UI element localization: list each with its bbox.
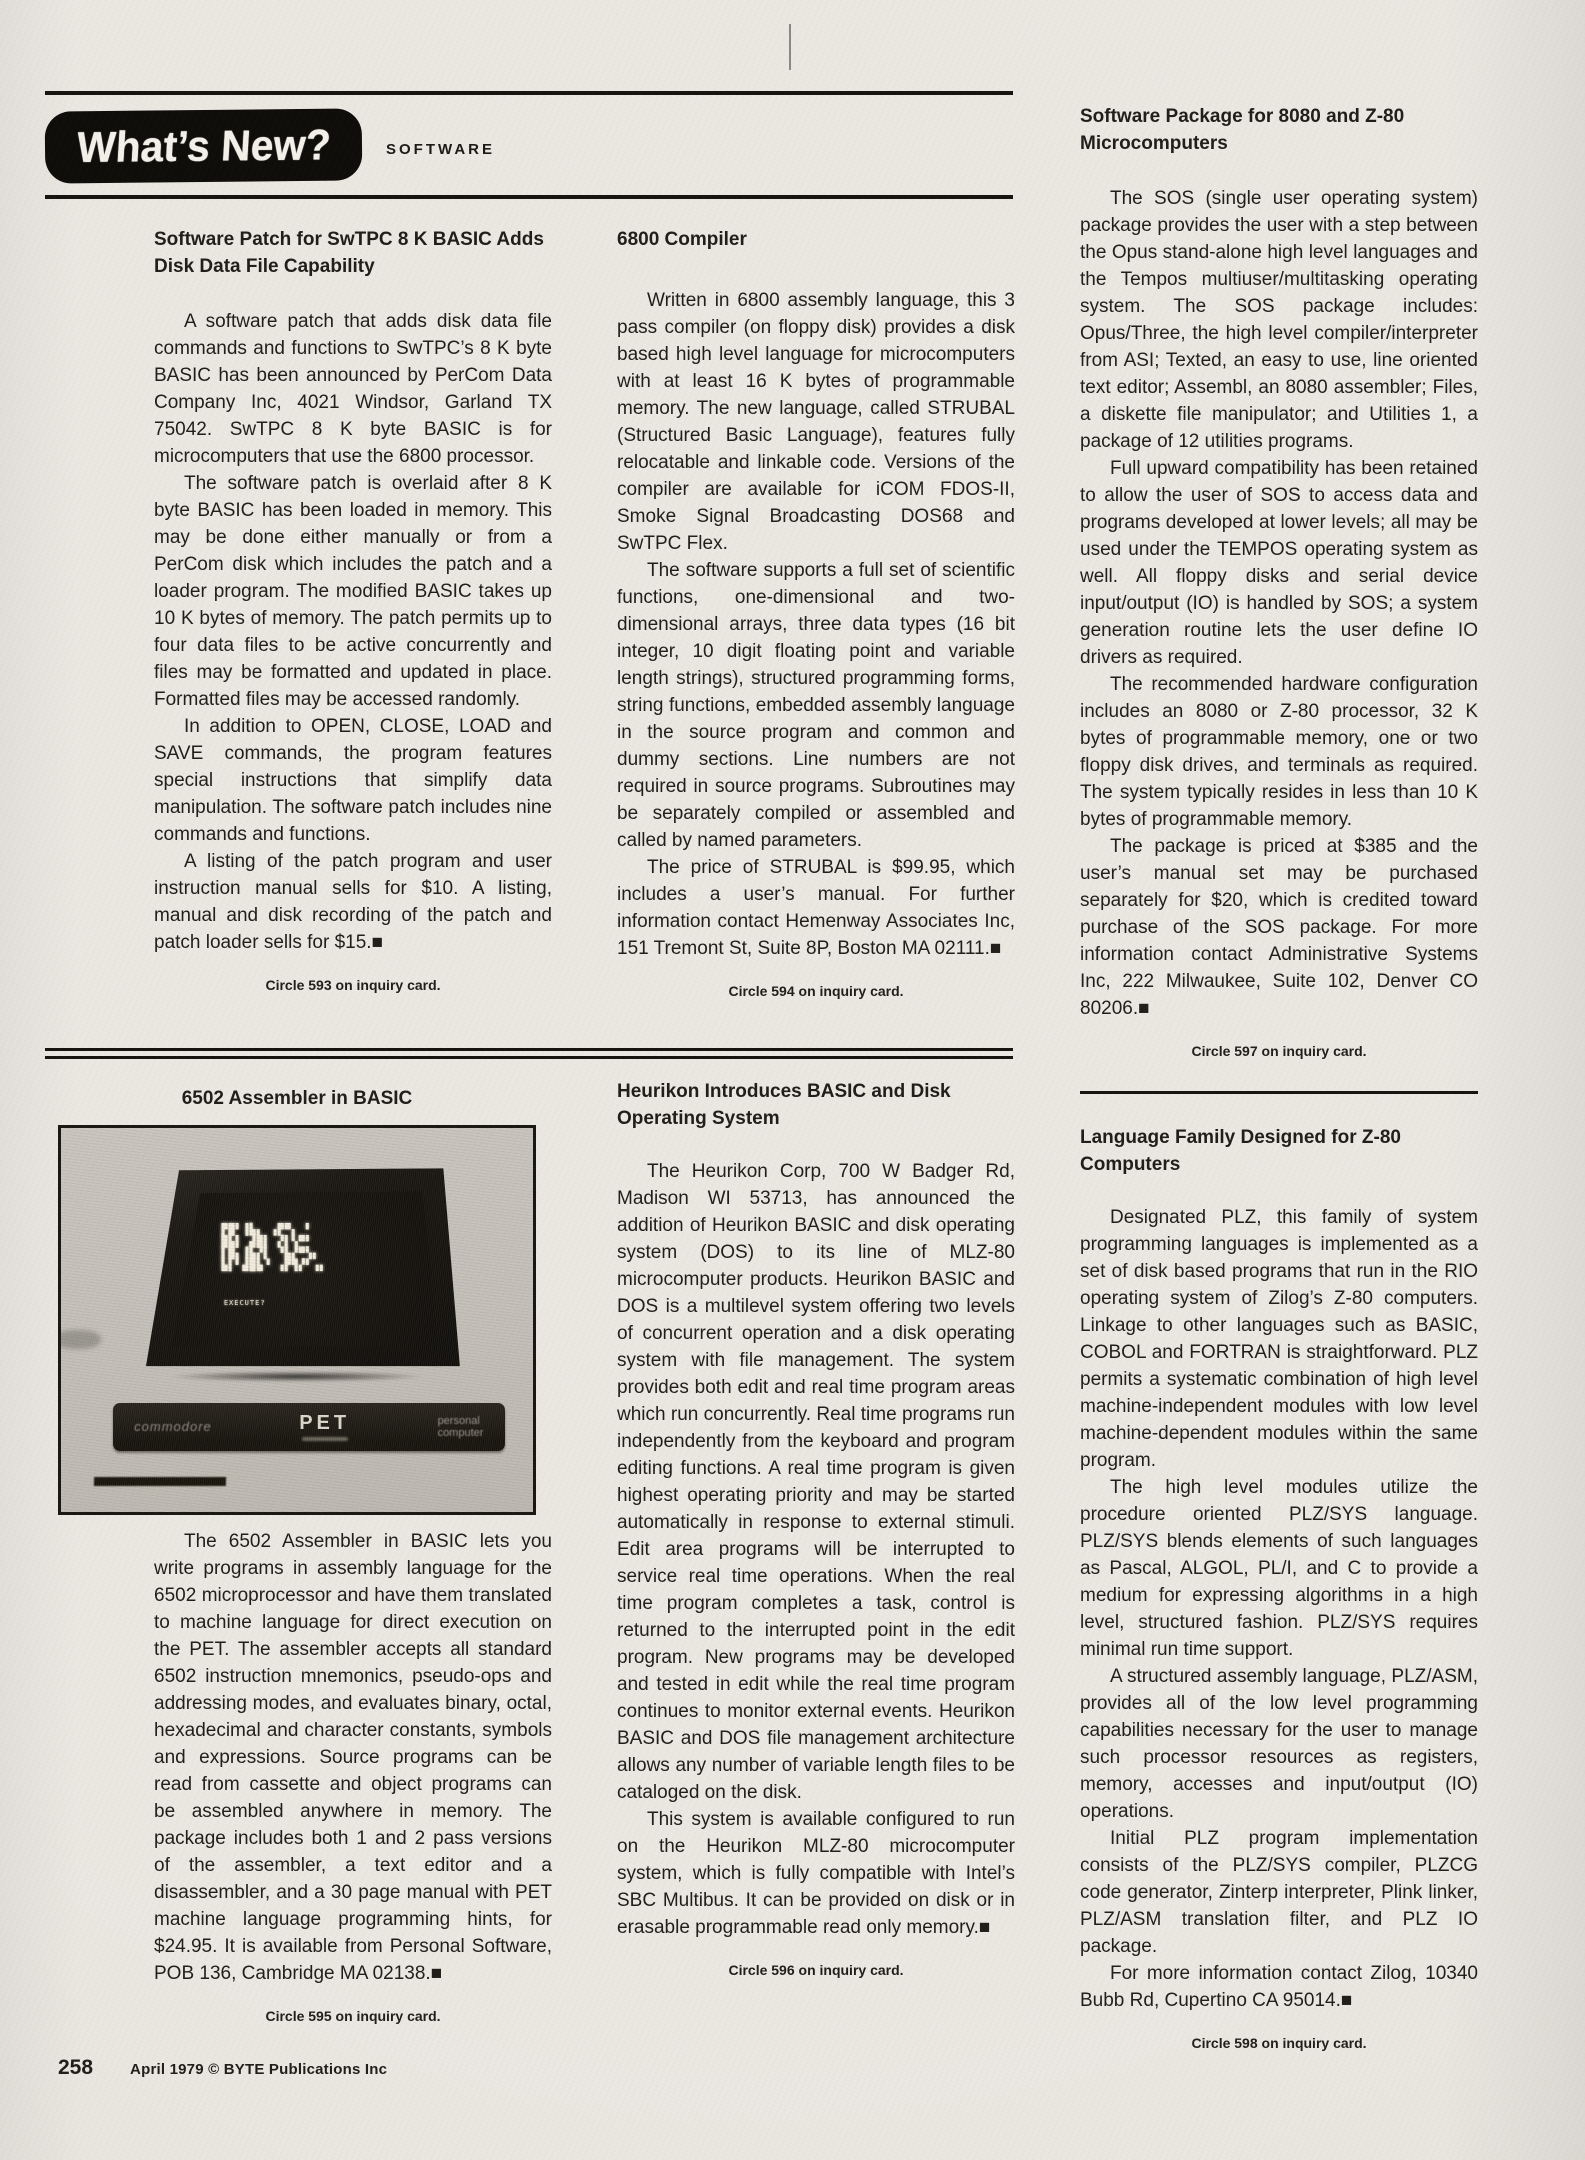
whats-new-label: What’s New?: [75, 120, 332, 172]
magazine-page: What’s New? SOFTWARE Software Patch for …: [0, 0, 1585, 2160]
article-paragraph: The Heurikon Corp, 700 W Badger Rd, Madi…: [617, 1158, 1015, 1806]
photo-caption-smudge: [94, 1477, 226, 1486]
article-divider-rule: [1080, 1091, 1478, 1094]
article-title: Software Patch for SwTPC 8 K BASIC Adds …: [154, 226, 552, 280]
photo-edge-artifact: [58, 1330, 101, 1349]
pet-photo: ▛█▘▐▙▖ ▗▛▀▖ ▘ █▙▌ ▟█▌ ▞▌▚▀▘ ▌█▖▐▙▞▌ ▝▙▞▀…: [58, 1125, 536, 1515]
article-6502-assembler-text: The 6502 Assembler in BASIC lets you wri…: [154, 1528, 552, 2030]
inquiry-note: Circle 597 on inquiry card.: [1080, 1038, 1478, 1065]
article-paragraph: For more information contact Zilog, 1034…: [1080, 1960, 1478, 2014]
article-paragraph: The 6502 Assembler in BASIC lets you wri…: [154, 1528, 552, 1987]
article-heurikon: Heurikon Introduces BASIC and Disk Opera…: [617, 1078, 1015, 1984]
pet-logo: PET: [299, 1412, 350, 1435]
scan-artifact: [789, 24, 791, 70]
article-paragraph: Written in 6800 assembly language, this …: [617, 287, 1015, 557]
page-footer: 258 April 1979 © BYTE Publications Inc: [58, 2056, 387, 2080]
personal-computer-label: personal computer: [438, 1415, 484, 1439]
column-right: Software Package for 8080 and Z-80 Micro…: [1080, 103, 1478, 2057]
article-paragraph: A software patch that adds disk data fil…: [154, 308, 552, 470]
article-title: Software Package for 8080 and Z-80 Micro…: [1080, 103, 1478, 157]
tagline-line: personal: [438, 1415, 484, 1427]
article-paragraph: The software supports a full set of scie…: [617, 557, 1015, 854]
article-title: Heurikon Introduces BASIC and Disk Opera…: [617, 1078, 1015, 1132]
pet-front-panel: commodore PET personal computer: [113, 1403, 505, 1451]
article-swtpc-patch: Software Patch for SwTPC 8 K BASIC Adds …: [154, 226, 552, 999]
pet-photo-scene: ▛█▘▐▙▖ ▗▛▀▖ ▘ █▙▌ ▟█▌ ▞▌▚▀▘ ▌█▖▐▙▞▌ ▝▙▞▀…: [61, 1128, 533, 1512]
article-paragraph: Initial PLZ program implementation consi…: [1080, 1825, 1478, 1960]
copyright: April 1979 © BYTE Publications Inc: [130, 2061, 387, 2078]
article-paragraph: Designated PLZ, this family of system pr…: [1080, 1204, 1478, 1474]
pet-logo-subtext-blur: [302, 1437, 348, 1441]
inquiry-note: Circle 593 on inquiry card.: [154, 972, 552, 999]
page-number: 258: [58, 2056, 93, 2080]
article-paragraph: The SOS (single user operating system) p…: [1080, 185, 1478, 455]
article-paragraph: A listing of the patch program and user …: [154, 848, 552, 956]
pet-logo-group: PET: [299, 1412, 350, 1441]
whats-new-badge: What’s New?: [45, 108, 363, 183]
header-rule-bottom: [45, 195, 1013, 199]
inquiry-note: Circle 595 on inquiry card.: [154, 2003, 552, 2030]
monitor-base-shadow: [170, 1371, 425, 1383]
article-paragraph: The recommended hardware configuration i…: [1080, 671, 1478, 833]
article-paragraph: This system is available configured to r…: [617, 1806, 1015, 1941]
article-paragraph: In addition to OPEN, CLOSE, LOAD and SAV…: [154, 713, 552, 848]
article-paragraph: The software patch is overlaid after 8 K…: [154, 470, 552, 713]
article-title: 6800 Compiler: [617, 226, 1015, 253]
article-paragraph: The package is priced at $385 and the us…: [1080, 833, 1478, 1022]
article-plz-family: Language Family Designed for Z-80 Comput…: [1080, 1124, 1478, 2057]
inquiry-note: Circle 598 on inquiry card.: [1080, 2030, 1478, 2057]
commodore-logo: commodore: [134, 1419, 212, 1434]
screen-line: █▙▌ ▟█▌ ▞▌▚▀▘: [221, 1236, 312, 1248]
screen-line: ▙▌▘▟█▙▝ ▗▛▜▞▘▗▖: [221, 1260, 326, 1272]
section-title: SOFTWARE: [338, 141, 543, 158]
header-rule-top: [45, 91, 1013, 95]
article-title-6502: 6502 Assembler in BASIC: [58, 1085, 536, 1112]
article-sos-package: Software Package for 8080 and Z-80 Micro…: [1080, 103, 1478, 1065]
article-paragraph: The high level modules utilize the proce…: [1080, 1474, 1478, 1663]
screen-line: ▌█▖▐▙▞▌ ▝▙▞▀▚▖: [221, 1248, 319, 1260]
article-title: Language Family Designed for Z-80 Comput…: [1080, 1124, 1478, 1178]
tagline-line: computer: [438, 1427, 484, 1439]
article-paragraph: A structured assembly language, PLZ/ASM,…: [1080, 1663, 1478, 1825]
screen-line: ▛█▘▐▙▖ ▗▛▀▖ ▘: [221, 1224, 312, 1236]
article-paragraph: The price of STRUBAL is $99.95, which in…: [617, 854, 1015, 962]
article-6800-compiler: 6800 Compiler Written in 6800 assembly l…: [617, 226, 1015, 1005]
pet-screen-prompt: EXECUTE?: [224, 1299, 266, 1307]
inquiry-note: Circle 594 on inquiry card.: [617, 978, 1015, 1005]
inquiry-note: Circle 596 on inquiry card.: [617, 1957, 1015, 1984]
pet-screen-text: ▛█▘▐▙▖ ▗▛▀▖ ▘ █▙▌ ▟█▌ ▞▌▚▀▘ ▌█▖▐▙▞▌ ▝▙▞▀…: [221, 1224, 326, 1272]
article-paragraph: Full upward compatibility has been retai…: [1080, 455, 1478, 671]
section-divider-double-rule: [45, 1048, 1013, 1059]
